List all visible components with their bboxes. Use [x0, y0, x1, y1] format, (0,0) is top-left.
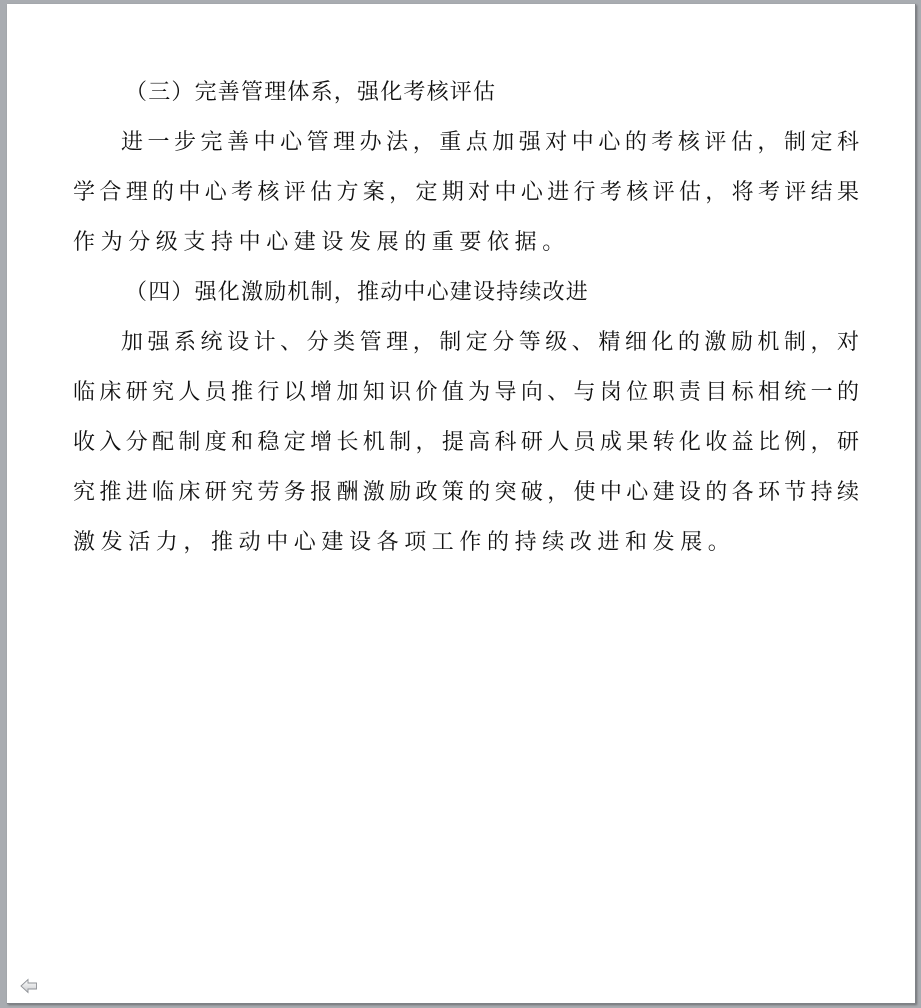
section-heading-3: （三）完善管理体系，强化考核评估	[125, 78, 863, 108]
paragraph-line: 作为分级支持中心建设发展的重要依据。	[73, 228, 859, 258]
paragraph-line: 学合理的中心考核评估方案，定期对中心进行考核评估，将考评结果	[73, 178, 859, 208]
paragraph-line: 收入分配制度和稳定增长机制，提高科研人员成果转化收益比例，研	[73, 428, 859, 458]
document-page: （三）完善管理体系，强化考核评估 进一步完善中心管理办法，重点加强对中心的考核评…	[7, 4, 916, 1004]
paragraph-line: 激发活力，推动中心建设各项工作的持续改进和发展。	[73, 528, 859, 558]
paragraph-line: 进一步完善中心管理办法，重点加强对中心的考核评估，制定科	[121, 128, 859, 158]
paragraph-line: 究推进临床研究劳务报酬激励政策的突破，使中心建设的各环节持续	[73, 478, 859, 508]
section-heading-4: （四）强化激励机制，推动中心建设持续改进	[125, 278, 863, 308]
left-arrow-icon[interactable]	[20, 978, 38, 994]
paragraph-line: 加强系统设计、分类管理，制定分等级、精细化的激励机制，对	[121, 328, 859, 358]
paragraph-line: 临床研究人员推行以增加知识价值为导向、与岗位职责目标相统一的	[73, 378, 859, 408]
